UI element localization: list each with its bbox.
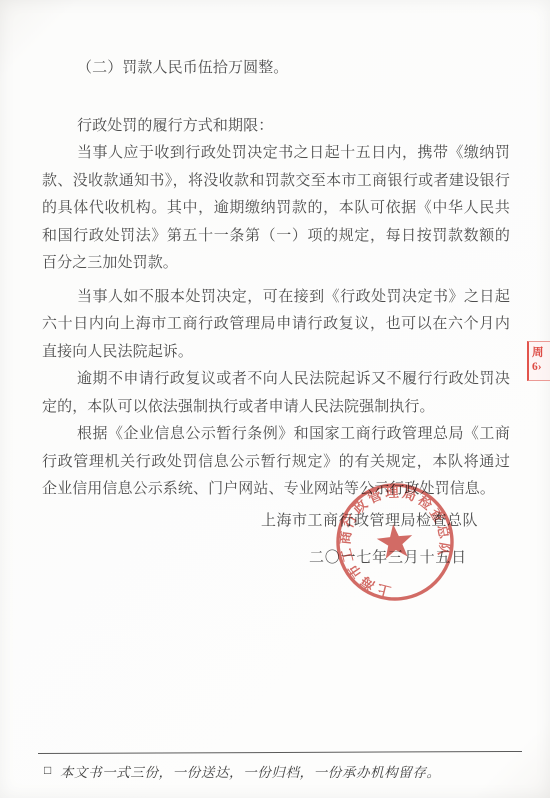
paragraph-enforcement: 逾期不申请行政复议或者不向人民法院起诉又不履行行政处罚决定的，本队可以依法强制执…	[42, 366, 510, 421]
paragraph-heading-execution: 行政处罚的履行方式和期限：	[42, 113, 510, 141]
edge-stamp-char: 周	[532, 346, 550, 360]
paragraph-fine-amount: （二）罚款人民币伍拾万圆整。	[42, 55, 510, 83]
footer-note-text: 本文书一式三份，一份送达，一份归档，一份承办机构留存。	[60, 761, 441, 781]
signature-organization: 上海市工商行政管理局检查总队	[42, 508, 510, 536]
edge-stamp-number: 6›	[532, 360, 550, 374]
page-footer: □ 本文书一式三份，一份送达，一份归档，一份承办机构留存。	[0, 752, 550, 781]
paragraph-appeal-rights: 当事人如不服本处罚决定，可在接到《行政处罚决定书》之日起六十日内向上海市工商行政…	[42, 284, 510, 367]
signature-date: 二〇一七年三月十五日	[42, 545, 510, 573]
square-bullet-icon: □	[44, 763, 52, 778]
paragraph-payment-terms: 当事人应于收到行政处罚决定书之日起十五日内，携带《缴纳罚款、没收款通知书》，将没…	[42, 140, 510, 278]
signature-block: 上海市工商行政管理局检查总队 二〇一七年三月十五日	[42, 508, 510, 573]
document-body: （二）罚款人民币伍拾万圆整。 行政处罚的履行方式和期限： 当事人应于收到行政处罚…	[42, 55, 510, 573]
footer-divider	[38, 751, 522, 754]
footer-note: □ 本文书一式三份，一份送达，一份归档，一份承办机构留存。	[44, 761, 550, 781]
paragraph-publicity: 根据《企业信息公示暂行条例》和国家工商行政管理总局《工商行政管理机关行政处罚信息…	[42, 421, 510, 504]
edge-stamp-fragment: 周 6›	[527, 341, 550, 381]
document-page: （二）罚款人民币伍拾万圆整。 行政处罚的履行方式和期限： 当事人应于收到行政处罚…	[0, 0, 550, 798]
